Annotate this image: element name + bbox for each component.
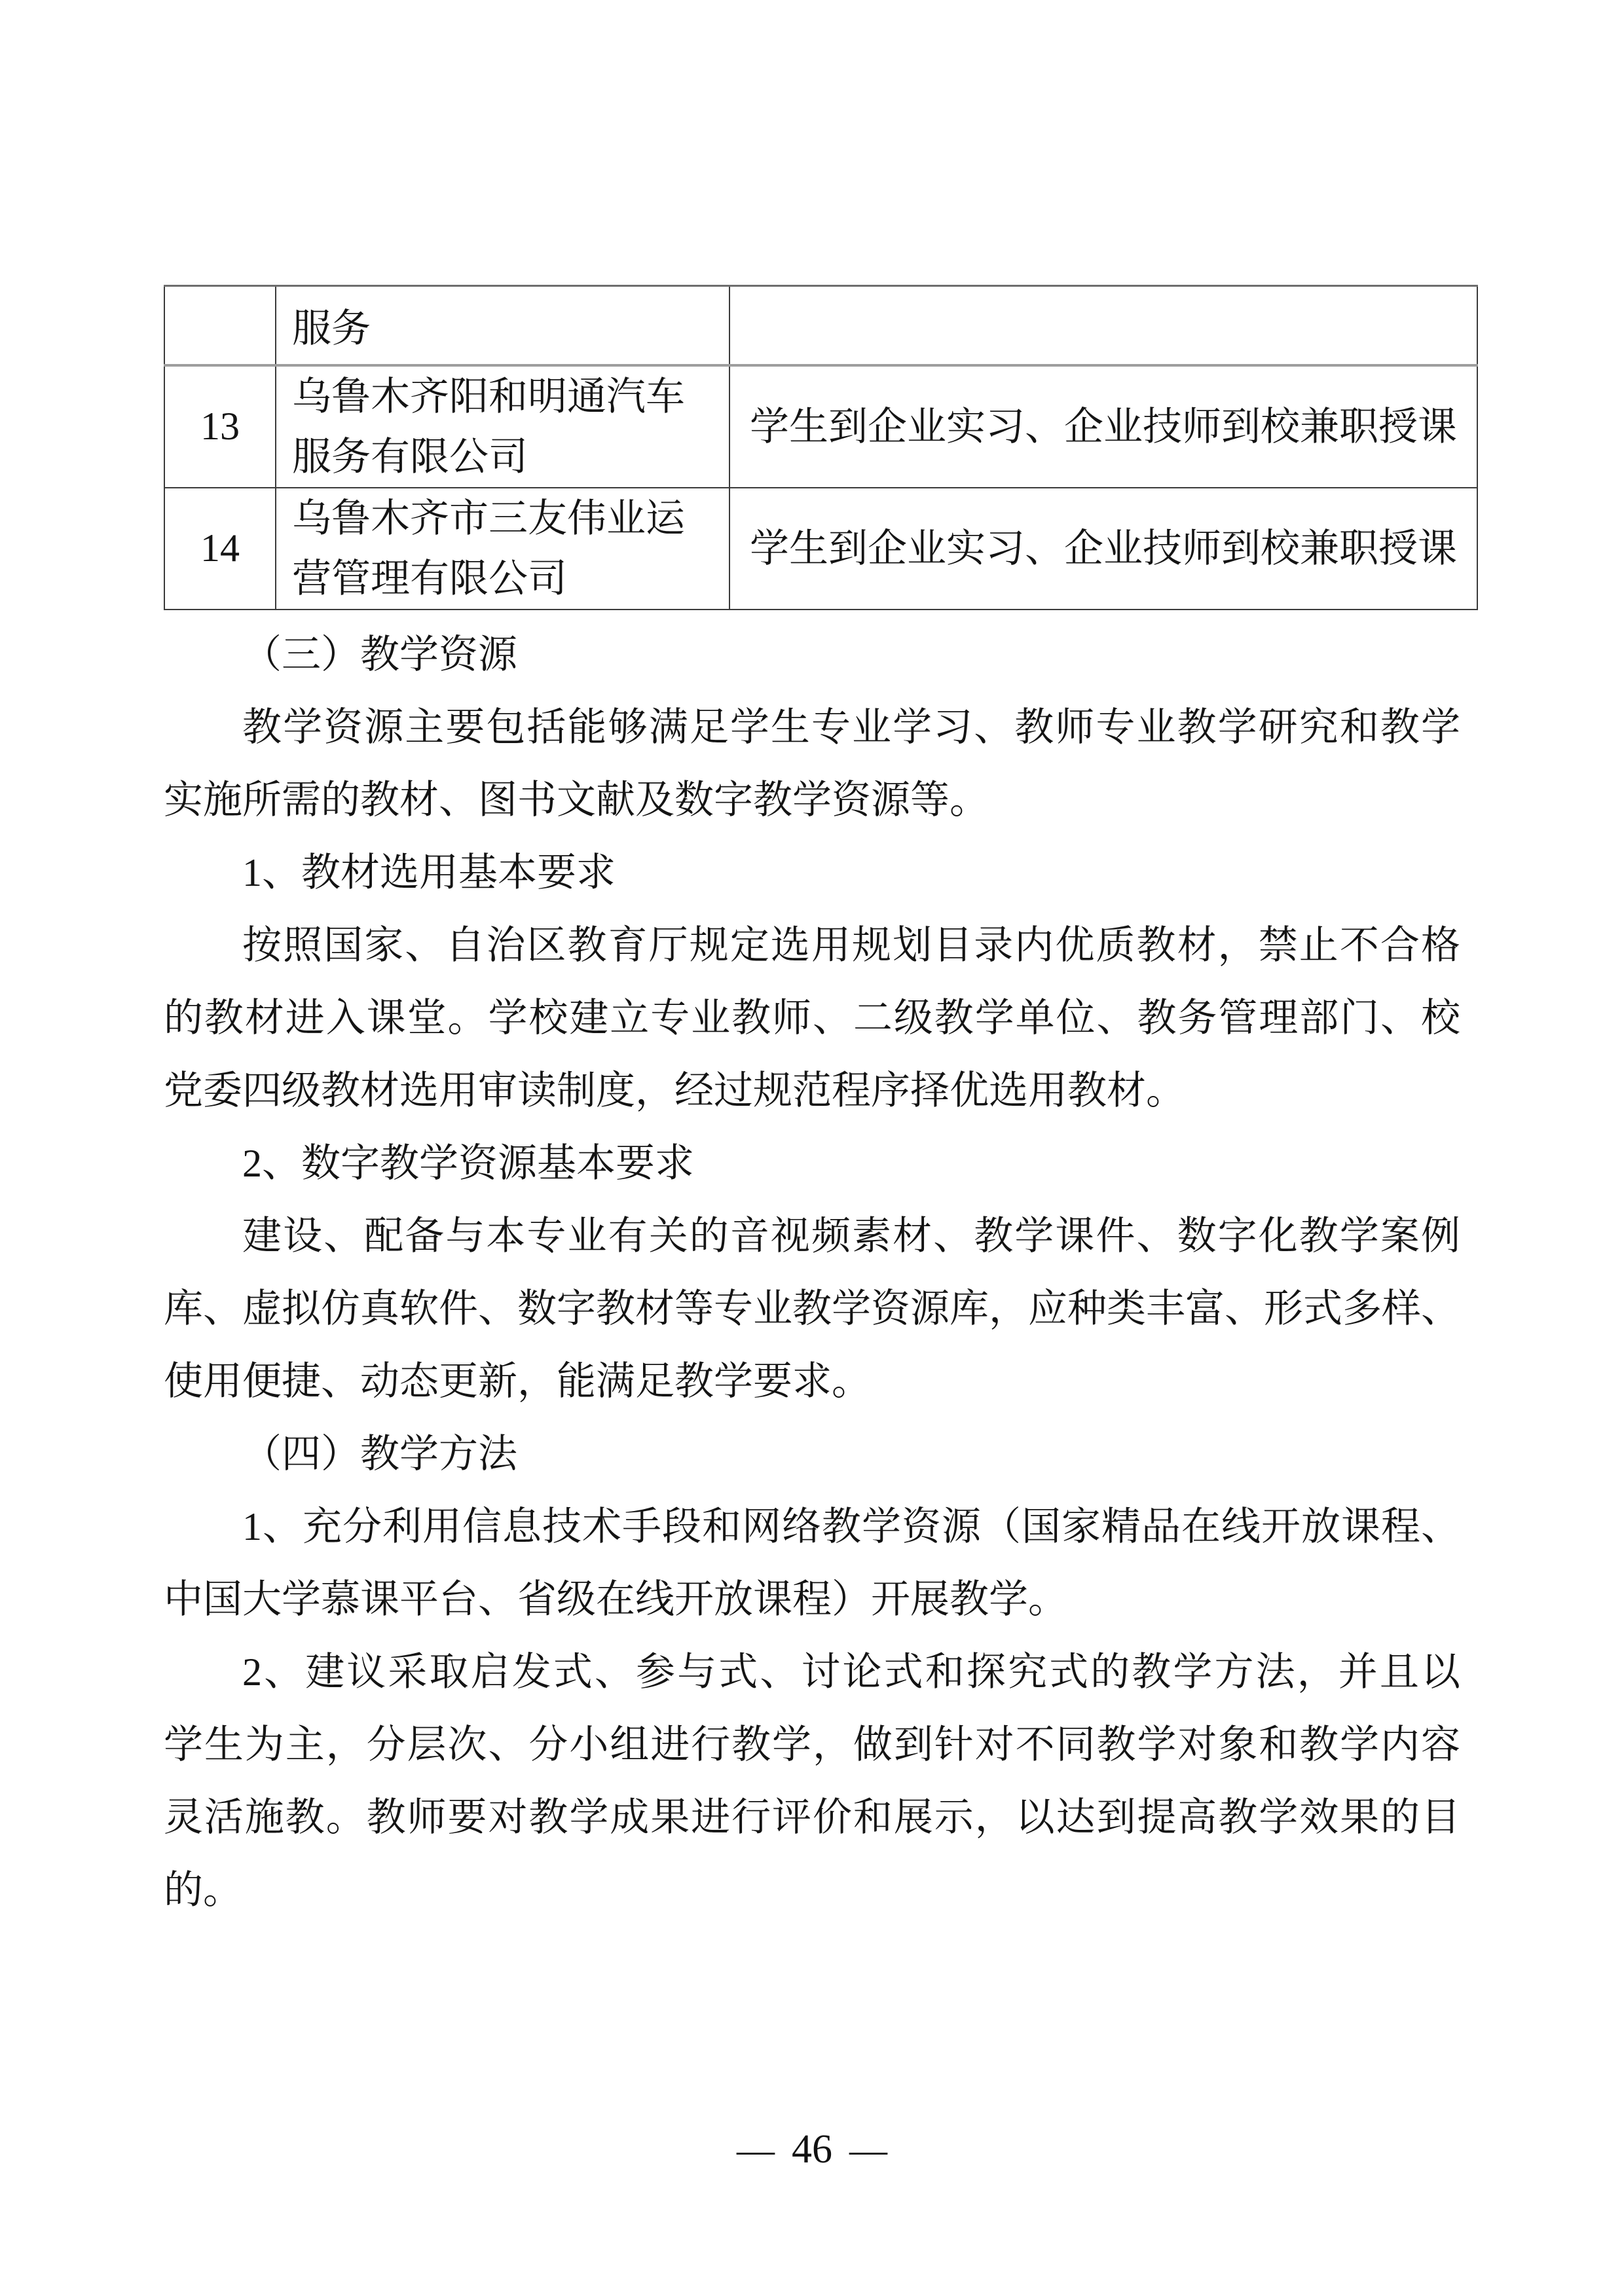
- paragraph-line: 灵活施教。教师要对教学成果进行评价和展示，以达到提高教学效果的目: [164, 1781, 1460, 1854]
- footer-dash-left: —: [737, 2128, 775, 2171]
- table-row: 14 乌鲁木齐市三友伟业运 营管理有限公司 学生到企业实习、企业技师到校兼职授课: [164, 488, 1477, 610]
- paragraph-line: 党委四级教材选用审读制度，经过规范程序择优选用教材。: [164, 1055, 1460, 1127]
- page-footer: —46—: [0, 2113, 1624, 2186]
- paragraph-line: 库、虚拟仿真软件、数字教材等专业教学资源库，应种类丰富、形式多样、: [164, 1273, 1460, 1345]
- company-name-line: 乌鲁木齐阳和明通汽车: [276, 367, 729, 427]
- company-cell: 乌鲁木齐阳和明通汽车 服务有限公司: [276, 365, 729, 488]
- company-name-line: 服务: [276, 292, 729, 359]
- company-name-line: 乌鲁木齐市三友伟业运: [276, 488, 729, 549]
- cooperation-cell: 学生到企业实习、企业技师到校兼职授课: [729, 365, 1477, 488]
- table-row: 13 乌鲁木齐阳和明通汽车 服务有限公司 学生到企业实习、企业技师到校兼职授课: [164, 365, 1477, 488]
- paragraph-line: 按照国家、自治区教育厅规定选用规划目录内优质教材，禁止不合格: [164, 909, 1460, 982]
- company-name-line: 营管理有限公司: [276, 549, 729, 609]
- cooperation-table: 服务 13 乌鲁木齐阳和明通汽车 服务有限公司 学生到企业实习、企业技师到校兼职…: [164, 285, 1478, 610]
- paragraph-line: 2、建议采取启发式、参与式、讨论式和探究式的教学方法，并且以: [164, 1636, 1460, 1709]
- page-number: 46: [792, 2127, 832, 2172]
- serial-cell: [164, 286, 276, 365]
- serial-cell: 13: [164, 365, 276, 488]
- footer-dash-right: —: [849, 2128, 887, 2171]
- paragraph-line: 教学资源主要包括能够满足学生专业学习、教师专业教学研究和教学: [164, 691, 1460, 764]
- company-name-line: 服务有限公司: [276, 427, 729, 487]
- body-text: （三）教学资源 教学资源主要包括能够满足学生专业学习、教师专业教学研究和教学 实…: [164, 619, 1460, 1927]
- paragraph-line: 实施所需的教材、图书文献及数字教学资源等。: [164, 764, 1460, 837]
- cooperation-cell: 学生到企业实习、企业技师到校兼职授课: [729, 488, 1477, 610]
- serial-cell: 14: [164, 488, 276, 610]
- paragraph-line: 学生为主，分层次、分小组进行教学，做到针对不同教学对象和教学内容: [164, 1709, 1460, 1781]
- table-row-continuation: 服务: [164, 286, 1477, 365]
- cooperation-text: 学生到企业实习、企业技师到校兼职授课: [730, 519, 1477, 579]
- company-cell: 服务: [276, 286, 729, 365]
- cooperation-text: 学生到企业实习、企业技师到校兼职授课: [730, 397, 1477, 457]
- heading-3-teaching-resources: （三）教学资源: [164, 619, 1460, 691]
- paragraph-line: 1、充分利用信息技术手段和网络教学资源（国家精品在线开放课程、: [164, 1491, 1460, 1563]
- heading-4-teaching-methods: （四）教学方法: [164, 1418, 1460, 1491]
- paragraph-line: 建设、配备与本专业有关的音视频素材、教学课件、数字化教学案例: [164, 1200, 1460, 1273]
- paragraph-line: 中国大学慕课平台、省级在线开放课程）开展教学。: [164, 1563, 1460, 1636]
- paragraph-line: 使用便捷、动态更新，能满足教学要求。: [164, 1345, 1460, 1418]
- paragraph-line: 的。: [164, 1854, 1460, 1927]
- item-1-textbook-selection: 1、教材选用基本要求: [164, 837, 1460, 909]
- cooperation-cell: [729, 286, 1477, 365]
- paragraph-line: 的教材进入课堂。学校建立专业教师、二级教学单位、教务管理部门、校: [164, 982, 1460, 1055]
- document-page: 服务 13 乌鲁木齐阳和明通汽车 服务有限公司 学生到企业实习、企业技师到校兼职…: [0, 0, 1624, 2296]
- item-2-digital-resources: 2、数字教学资源基本要求: [164, 1127, 1460, 1200]
- company-cell: 乌鲁木齐市三友伟业运 营管理有限公司: [276, 488, 729, 610]
